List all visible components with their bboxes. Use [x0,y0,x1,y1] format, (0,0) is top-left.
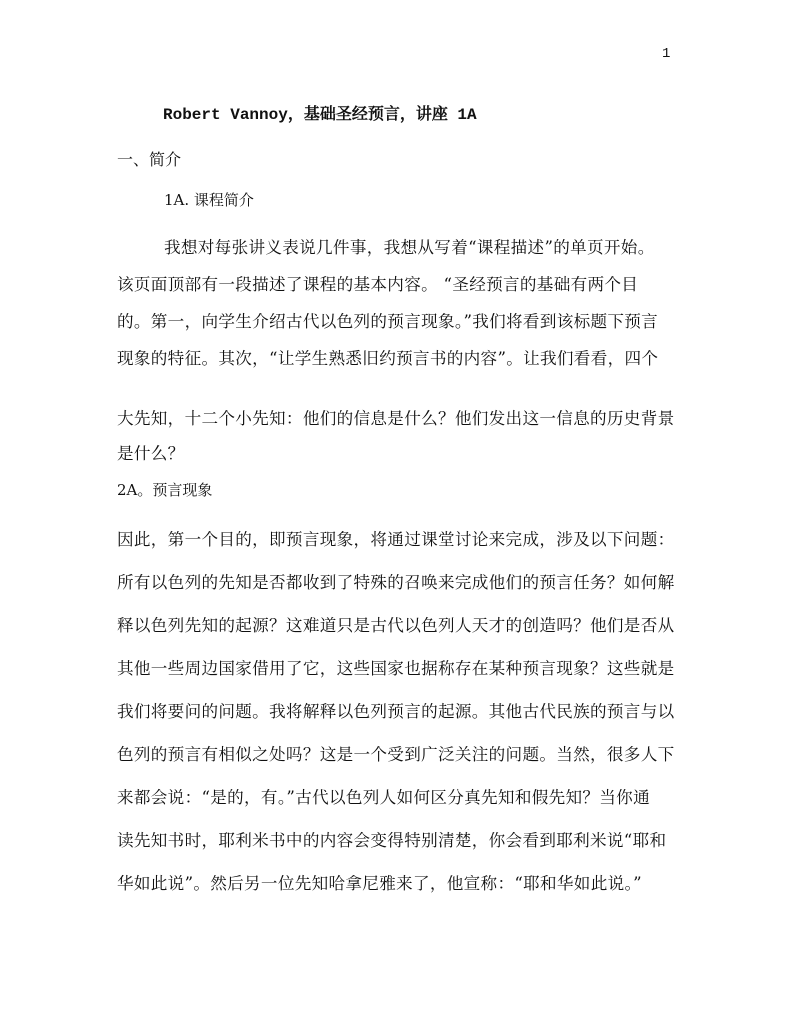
paragraph-line: 大先知，十二个小先知：他们的信息是什么？他们发出这一信息的历史背景 [117,405,673,429]
paragraph-line: 我想对每张讲义表说几件事，我想从写着“课程描述”的单页开始。 [164,234,673,258]
paragraph-line: 现象的特征。其次，“让学生熟悉旧约预言书的内容”。让我们看看，四个 [117,345,673,369]
document-title: Robert Vannoy，基础圣经预言，讲座 1A [163,101,477,124]
paragraph-line: 其他一些周边国家借用了它，这些国家也据称存在某种预言现象？这些就是 [117,655,673,679]
paragraph-line: 该页面顶部有一段描述了课程的基本内容。 “圣经预言的基础有两个目 [117,271,673,295]
paragraph-line: 所有以色列的先知是否都收到了特殊的召唤来完成他们的预言任务？如何解 [117,569,673,593]
paragraph-line: 的。第一，向学生介绍古代以色列的预言现象。”我们将看到该标题下预言 [117,308,673,332]
paragraph-line: 来都会说：“是的，有。”古代以色列人如何区分真先知和假先知？当你通 [117,784,673,808]
subheading-prophetic-phenomenon: 2A。预言现象 [117,479,212,500]
paragraph-line: 我们将要问的问题。我将解释以色列预言的起源。其他古代民族的预言与以 [117,698,673,722]
paragraph-line: 读先知书时，耶利米书中的内容会变得特别清楚，你会看到耶利米说“耶和 [117,827,673,851]
paragraph-line: 华如此说”。然后另一位先知哈拿尼雅来了，他宣称：“耶和华如此说。” [117,870,673,894]
paragraph-line: 色列的预言有相似之处吗？这是一个受到广泛关注的问题。当然，很多人下 [117,741,673,765]
subheading-course-intro: 1A. 课程简介 [164,189,254,210]
section-heading-intro: 一、简介 [117,147,181,170]
paragraph-line: 是什么？ [117,440,673,464]
paragraph-line: 释以色列先知的起源？这难道只是古代以色列人天才的创造吗？他们是否从 [117,612,673,636]
page-number: 1 [662,46,670,62]
paragraph-line: 因此，第一个目的，即预言现象，将通过课堂讨论来完成，涉及以下问题： [117,526,673,550]
